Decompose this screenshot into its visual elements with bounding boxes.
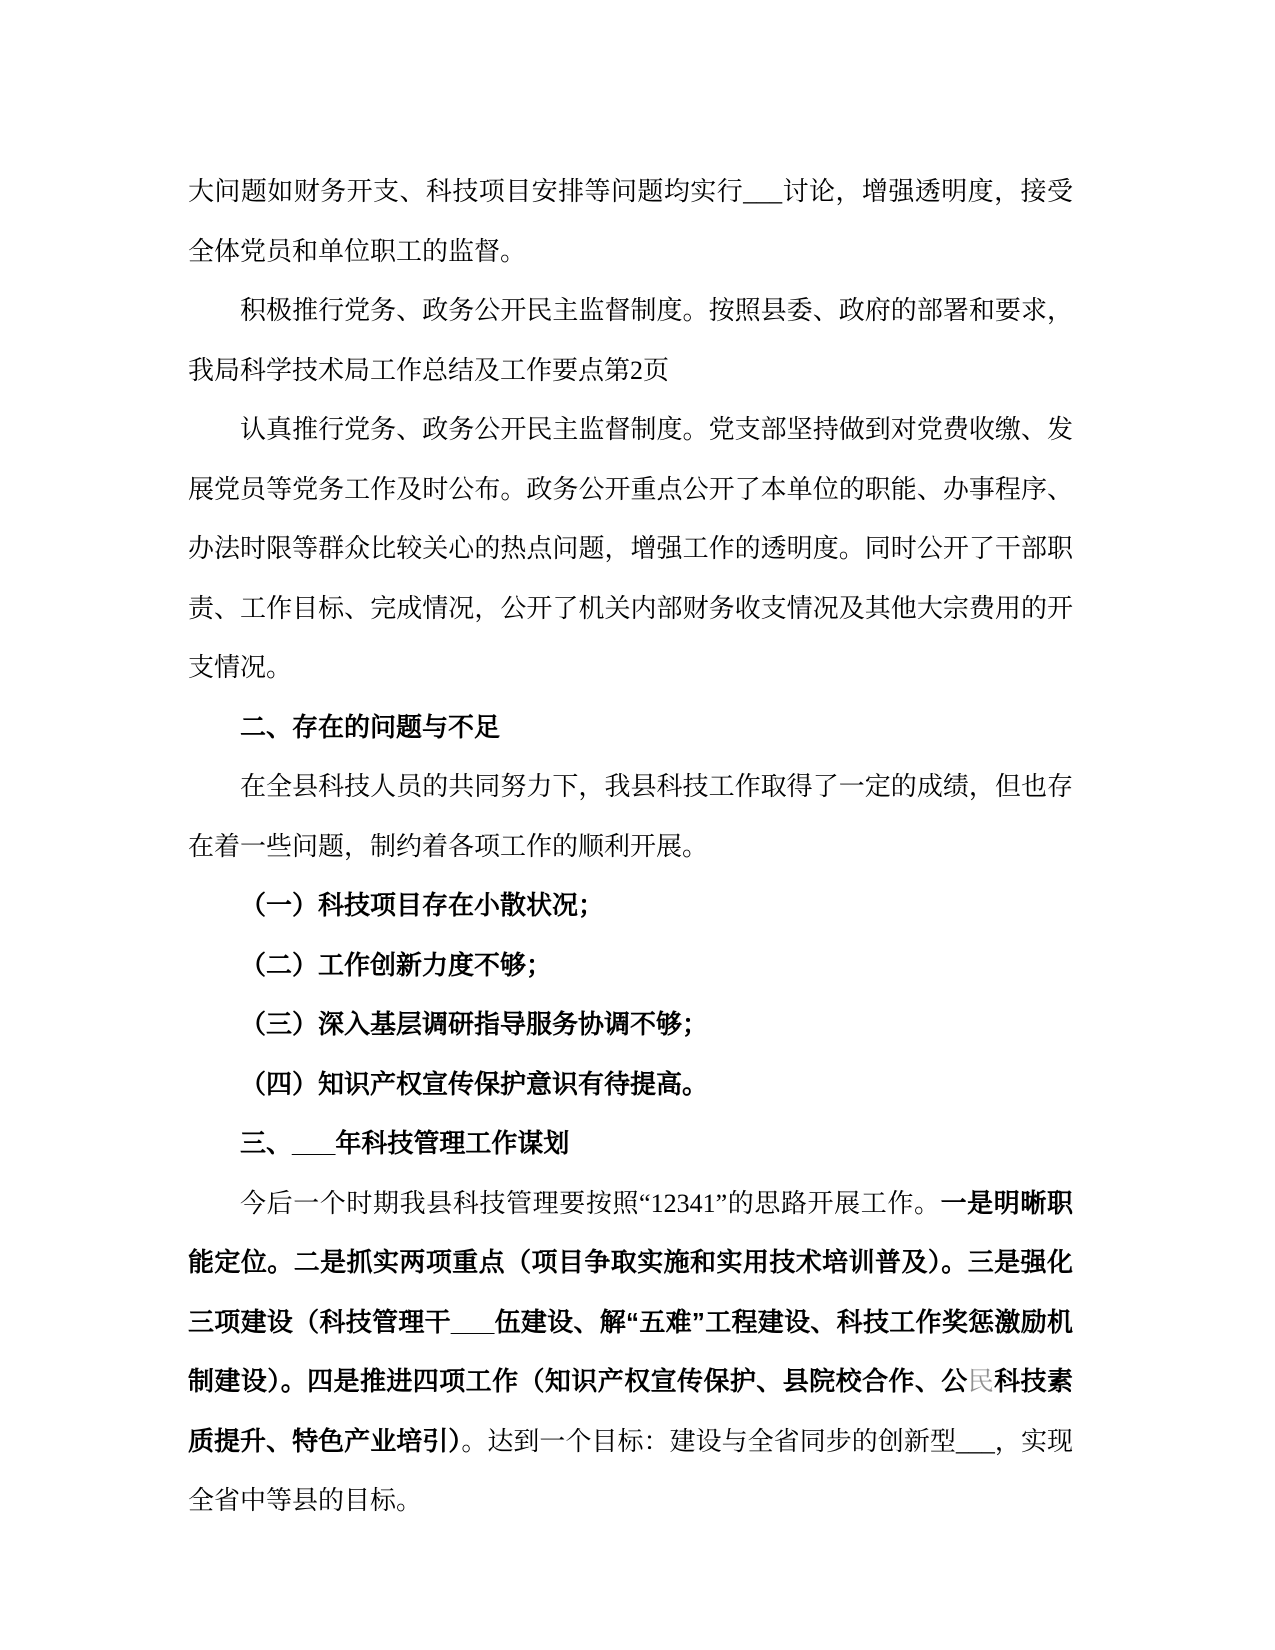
document-content: 大问题如财务开支、科技项目安排等问题均实行___讨论，增强透明度，接受全体党员和… bbox=[188, 162, 1073, 1531]
heading-text: 二、存在的问题与不足 bbox=[240, 712, 500, 742]
paragraph-continuation: 大问题如财务开支、科技项目安排等问题均实行___讨论，增强透明度，接受全体党员和… bbox=[188, 162, 1073, 281]
text-run: 今后一个时期我县科技管理要按照“12341”的思路开展工作。 bbox=[240, 1189, 941, 1218]
text-run: 在全县科技人员的共同努力下，我县科技工作取得了一定的成绩，但也存在着一些问题，制… bbox=[188, 772, 1073, 861]
section-heading-3: 三、___年科技管理工作谋划 bbox=[188, 1114, 1073, 1174]
paragraph: 积极推行党务、政务公开民主监督制度。按照县委、政府的部署和要求，我局科学技术局工… bbox=[188, 281, 1073, 400]
list-item-1: （一）科技项目存在小散状况； bbox=[188, 876, 1073, 936]
heading-text: 三、___年科技管理工作谋划 bbox=[240, 1128, 569, 1158]
text-run: （一）科技项目存在小散状况； bbox=[240, 890, 604, 920]
section-heading-2: 二、存在的问题与不足 bbox=[188, 698, 1073, 758]
text-run-bold: 一是明晰职能定位。二是抓实两项重点（项目争取实施和实用技术培训普及）。三是强化三… bbox=[188, 1188, 1073, 1397]
list-item-4: （四）知识产权宣传保护意识有待提高。 bbox=[188, 1055, 1073, 1115]
text-run: （四）知识产权宣传保护意识有待提高。 bbox=[240, 1069, 708, 1099]
list-item-3: （三）深入基层调研指导服务协调不够； bbox=[188, 995, 1073, 1055]
text-run: 积极推行党务、政务公开民主监督制度。按照县委、政府的部署和要求，我局科学技术局工… bbox=[188, 296, 1073, 385]
document-page: 大问题如财务开支、科技项目安排等问题均实行___讨论，增强透明度，接受全体党员和… bbox=[0, 0, 1275, 1650]
text-run: （二）工作创新力度不够； bbox=[240, 950, 552, 980]
paragraph: 认真推行党务、政务公开民主监督制度。党支部坚持做到对党费收缴、发展党员等党务工作… bbox=[188, 400, 1073, 698]
list-item-2: （二）工作创新力度不够； bbox=[188, 936, 1073, 996]
text-run: 认真推行党务、政务公开民主监督制度。党支部坚持做到对党费收缴、发展党员等党务工作… bbox=[188, 415, 1073, 682]
text-run: 大问题如财务开支、科技项目安排等问题均实行___讨论，增强透明度，接受全体党员和… bbox=[188, 177, 1073, 266]
text-run-muted: 民 bbox=[968, 1366, 994, 1396]
paragraph: 在全县科技人员的共同努力下，我县科技工作取得了一定的成绩，但也存在着一些问题，制… bbox=[188, 757, 1073, 876]
text-run: （三）深入基层调研指导服务协调不够； bbox=[240, 1009, 708, 1039]
paragraph-mixed: 今后一个时期我县科技管理要按照“12341”的思路开展工作。一是明晰职能定位。二… bbox=[188, 1174, 1073, 1531]
